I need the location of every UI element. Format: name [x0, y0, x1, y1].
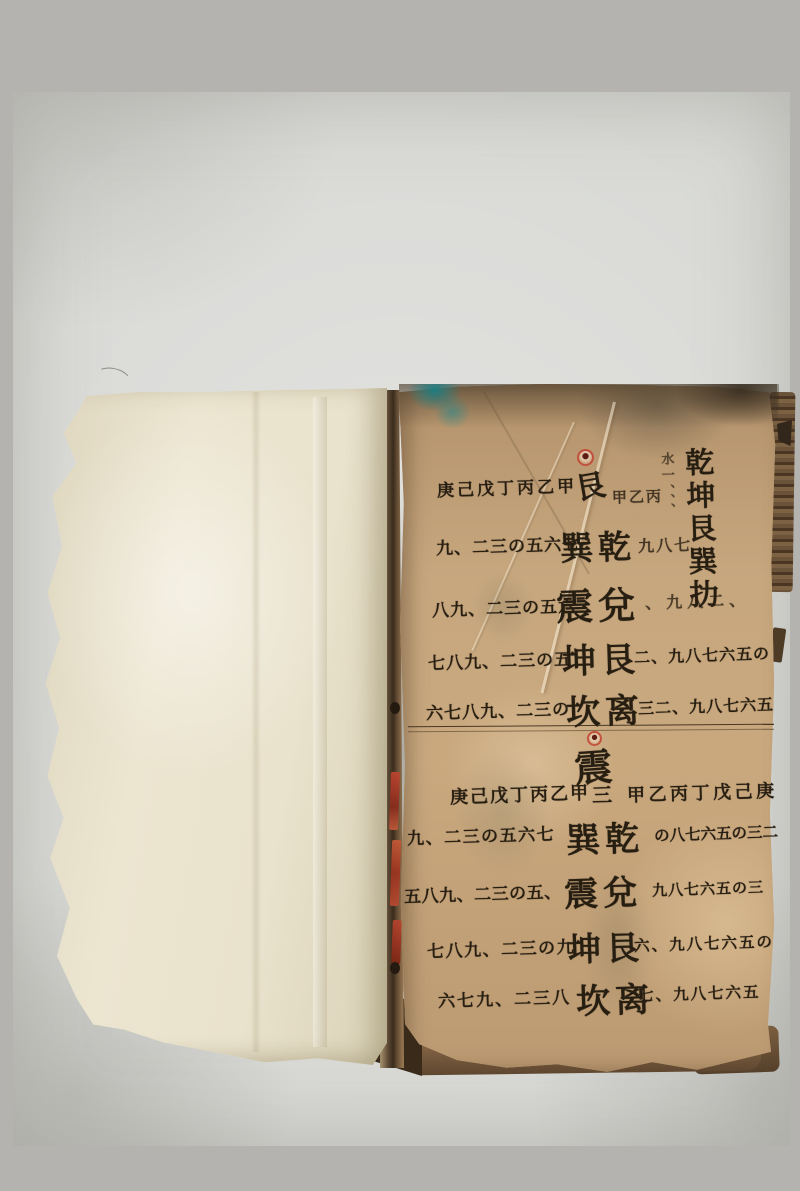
- row-numbers-left: 九、二三の五六七: [407, 820, 556, 850]
- left-page-crease: [313, 397, 327, 1047]
- row-numbers-right: 三二、九八七六五: [638, 692, 775, 719]
- row-numbers-right: の八七六五の三二: [654, 820, 779, 846]
- row-numbers-left: 五八九、二三の五、: [404, 878, 562, 908]
- seal-dot: [577, 449, 594, 466]
- row-stems-left: 庚己戊丁丙乙甲: [437, 472, 578, 501]
- trigram-pair: 坎离: [565, 683, 645, 734]
- trigram-pair: 震兌: [555, 575, 641, 632]
- row-numbers-left: 七八九、二三の五: [428, 645, 573, 675]
- trigram-pair: 震兌: [563, 865, 643, 916]
- row-numbers-right: 九八七: [638, 532, 693, 557]
- row-numbers-right: 、九八二、: [645, 587, 751, 613]
- binding-knot: [390, 962, 400, 974]
- binding-knot: [390, 702, 400, 714]
- trigram-pair: 巽乾: [565, 811, 645, 862]
- row-numbers-left: 七八九、二三の九: [427, 933, 576, 963]
- trigram-pair: 坤艮: [561, 632, 641, 683]
- row-numbers-left: 八九、二三の五六: [432, 592, 577, 622]
- row-stems-right: 甲乙丙丁戊己庚: [627, 777, 778, 808]
- teal-stain: [403, 384, 493, 446]
- trigram-pair: 巽乾: [559, 521, 636, 570]
- left-page-crease: [251, 392, 261, 1052]
- row-stems-right: 甲乙丙: [612, 485, 664, 508]
- row-numbers-right: 九八七六五の三: [652, 876, 765, 901]
- row-numbers-left: 六七九、二三八: [438, 983, 572, 1012]
- left-page-blank: [33, 388, 387, 1065]
- seal-dot: [587, 731, 602, 746]
- row-numbers-right: 六、九八七六五の: [634, 930, 775, 956]
- dark-stain-corner: [653, 384, 779, 444]
- row-numbers-right: 二、九八七六五の: [634, 641, 771, 668]
- ink-bleed-ghost: [443, 732, 563, 892]
- row-mid-number: 三: [592, 779, 613, 809]
- photo: 乾坤艮巽扐 水一、、、 庚己戊丁丙乙甲 艮 甲乙丙 九、二三の五六七 巽乾 九八…: [13, 92, 790, 1146]
- row-numbers-right: 七、九八七六五: [638, 980, 761, 1006]
- row-numbers-left: 六七八九、二三の: [426, 695, 571, 725]
- red-fragment: [391, 920, 402, 964]
- row-stems-left: 庚己戊丁丙乙甲: [450, 779, 591, 809]
